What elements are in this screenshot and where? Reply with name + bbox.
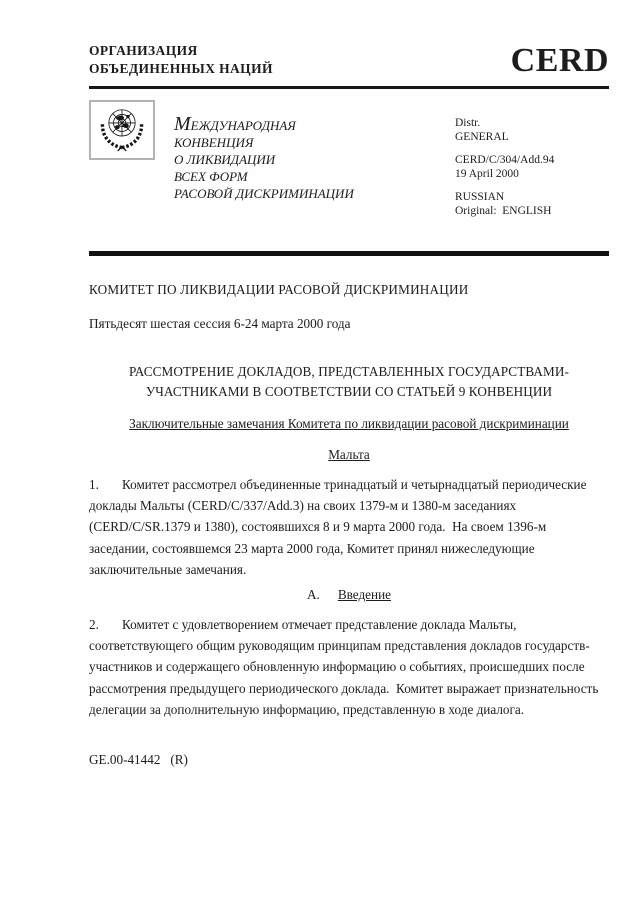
- original-language: Original: ENGLISH: [455, 205, 609, 219]
- document-language: RUSSIAN: [455, 191, 609, 205]
- convention-line5: РАСОВОЙ ДИСКРИМИНАЦИИ: [174, 185, 455, 202]
- convention-initial: М: [174, 113, 191, 135]
- concluding-observations-subtitle: Заключительные замечания Комитета по лик…: [89, 416, 609, 432]
- committee-name: КОМИТЕТ ПО ЛИКВИДАЦИИ РАСОВОЙ ДИСКРИМИНА…: [89, 282, 609, 298]
- footer-document-code: GE.00-41442 (R): [89, 752, 609, 768]
- org-name: ОРГАНИЗАЦИЯ ОБЪЕДИНЕННЫХ НАЦИЙ: [89, 42, 273, 77]
- convention-line3: О ЛИКВИДАЦИИ: [174, 151, 455, 168]
- masthead-divider: [89, 251, 609, 256]
- spacer: [455, 144, 609, 154]
- masthead: МЕЖДУНАРОДНАЯ КОНВЕНЦИЯ О ЛИКВИДАЦИИ ВСЕ…: [89, 100, 609, 218]
- session-info: Пятьдесят шестая сессия 6-24 марта 2000 …: [89, 315, 609, 334]
- document-page: ОРГАНИЗАЦИЯ ОБЪЕДИНЕННЫХ НАЦИЙ CERD: [0, 0, 640, 905]
- convention-line1: МЕЖДУНАРОДНАЯ: [174, 116, 455, 134]
- paragraph-1: 1. Комитет рассмотрел объединенные трина…: [89, 474, 609, 581]
- document-date: 19 April 2000: [455, 168, 609, 182]
- org-name-line1: ОРГАНИЗАЦИЯ: [89, 42, 273, 60]
- spacer: [455, 181, 609, 191]
- committee-acronym: CERD: [511, 45, 609, 77]
- convention-line2: КОНВЕНЦИЯ: [174, 134, 455, 151]
- un-emblem-icon: [94, 102, 150, 159]
- section-a-title: Введение: [338, 587, 391, 602]
- document-symbol: CERD/C/304/Add.94: [455, 154, 609, 168]
- paragraph-2: 2. Комитет с удовлетворением отмечает пр…: [89, 614, 609, 721]
- section-a-label: A.: [307, 587, 320, 602]
- convention-title: МЕЖДУНАРОДНАЯ КОНВЕНЦИЯ О ЛИКВИДАЦИИ ВСЕ…: [174, 100, 455, 218]
- un-emblem-box: [89, 100, 155, 160]
- country-name: Мальта: [89, 447, 609, 463]
- report-title: РАССМОТРЕНИЕ ДОКЛАДОВ, ПРЕДСТАВЛЕННЫХ ГО…: [89, 362, 609, 403]
- header-divider: [89, 86, 609, 89]
- section-a-heading: A.Введение: [89, 587, 609, 603]
- distr-label: Distr.: [455, 117, 609, 131]
- document-header: ОРГАНИЗАЦИЯ ОБЪЕДИНЕННЫХ НАЦИЙ CERD: [89, 0, 609, 77]
- distr-type: GENERAL: [455, 131, 609, 145]
- distribution-block: Distr. GENERAL CERD/C/304/Add.94 19 Apri…: [455, 100, 609, 218]
- convention-line4: ВСЕХ ФОРМ: [174, 168, 455, 185]
- org-name-line2: ОБЪЕДИНЕННЫХ НАЦИЙ: [89, 60, 273, 78]
